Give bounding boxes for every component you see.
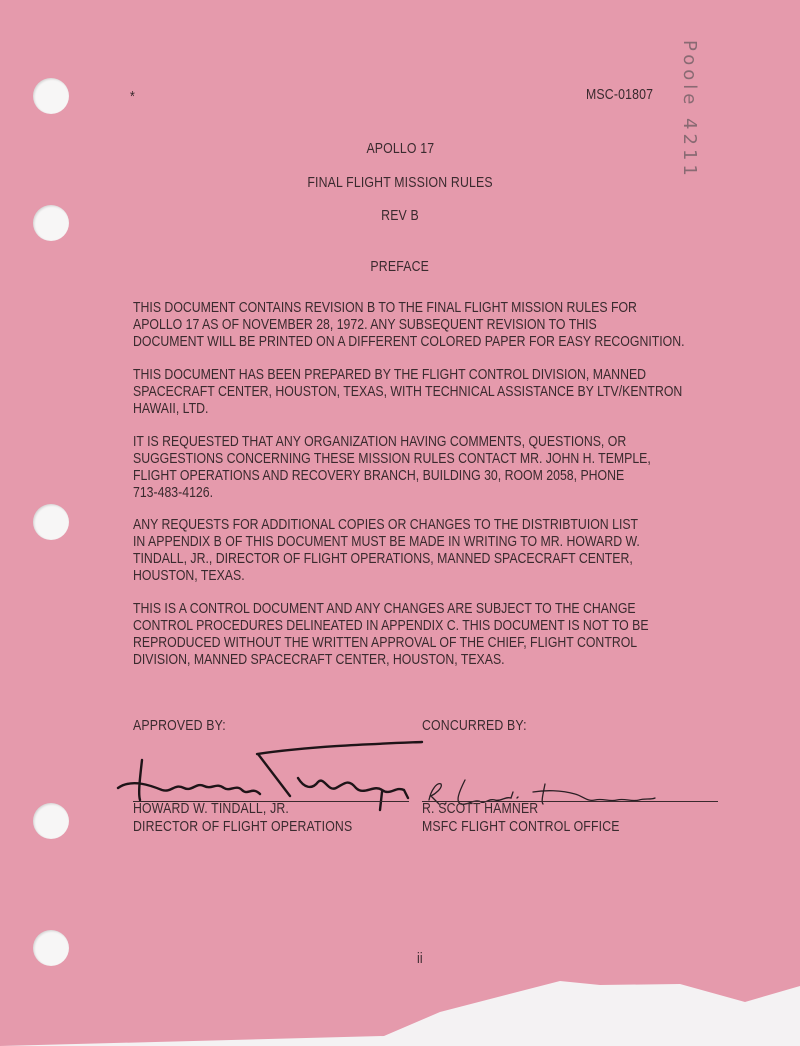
paragraph-3: IT IS REQUESTED THAT ANY ORGANIZATION HA… — [133, 433, 764, 501]
asterisk-mark: * — [130, 88, 135, 105]
paragraph-1: THIS DOCUMENT CONTAINS REVISION B TO THE… — [133, 299, 800, 350]
concurred-by-label: CONCURRED BY: — [422, 717, 527, 734]
approved-by-label: APPROVED BY: — [133, 717, 226, 734]
binder-hole — [33, 803, 69, 839]
approver-name: HOWARD W. TINDALL, JR. — [133, 800, 289, 817]
title-line-3: REV B — [0, 207, 800, 224]
title-line-2: FINAL FLIGHT MISSION RULES — [0, 174, 800, 191]
paragraph-2: THIS DOCUMENT HAS BEEN PREPARED BY THE F… — [133, 366, 800, 417]
concurrer-title: MSFC FLIGHT CONTROL OFFICE — [422, 818, 620, 835]
section-heading: PREFACE — [0, 258, 800, 275]
title-line-1: APOLLO 17 — [0, 140, 800, 157]
tindall-signature — [112, 738, 422, 808]
approver-title: DIRECTOR OF FLIGHT OPERATIONS — [133, 818, 352, 835]
binder-hole — [33, 504, 69, 540]
binder-hole — [33, 78, 69, 114]
paragraph-4: ANY REQUESTS FOR ADDITIONAL COPIES OR CH… — [133, 516, 751, 584]
page-number: ii — [417, 950, 423, 967]
document-page: * MSC-01807 Poole 4211 APOLLO 17 FINAL F… — [0, 0, 800, 1046]
paragraph-5: THIS IS A CONTROL DOCUMENT AND ANY CHANG… — [133, 600, 762, 668]
handwritten-note: Poole 4211 — [679, 40, 700, 180]
binder-hole — [33, 930, 69, 966]
document-number: MSC-01807 — [586, 86, 653, 103]
concurrer-name: R. SCOTT HAMNER — [422, 800, 538, 817]
